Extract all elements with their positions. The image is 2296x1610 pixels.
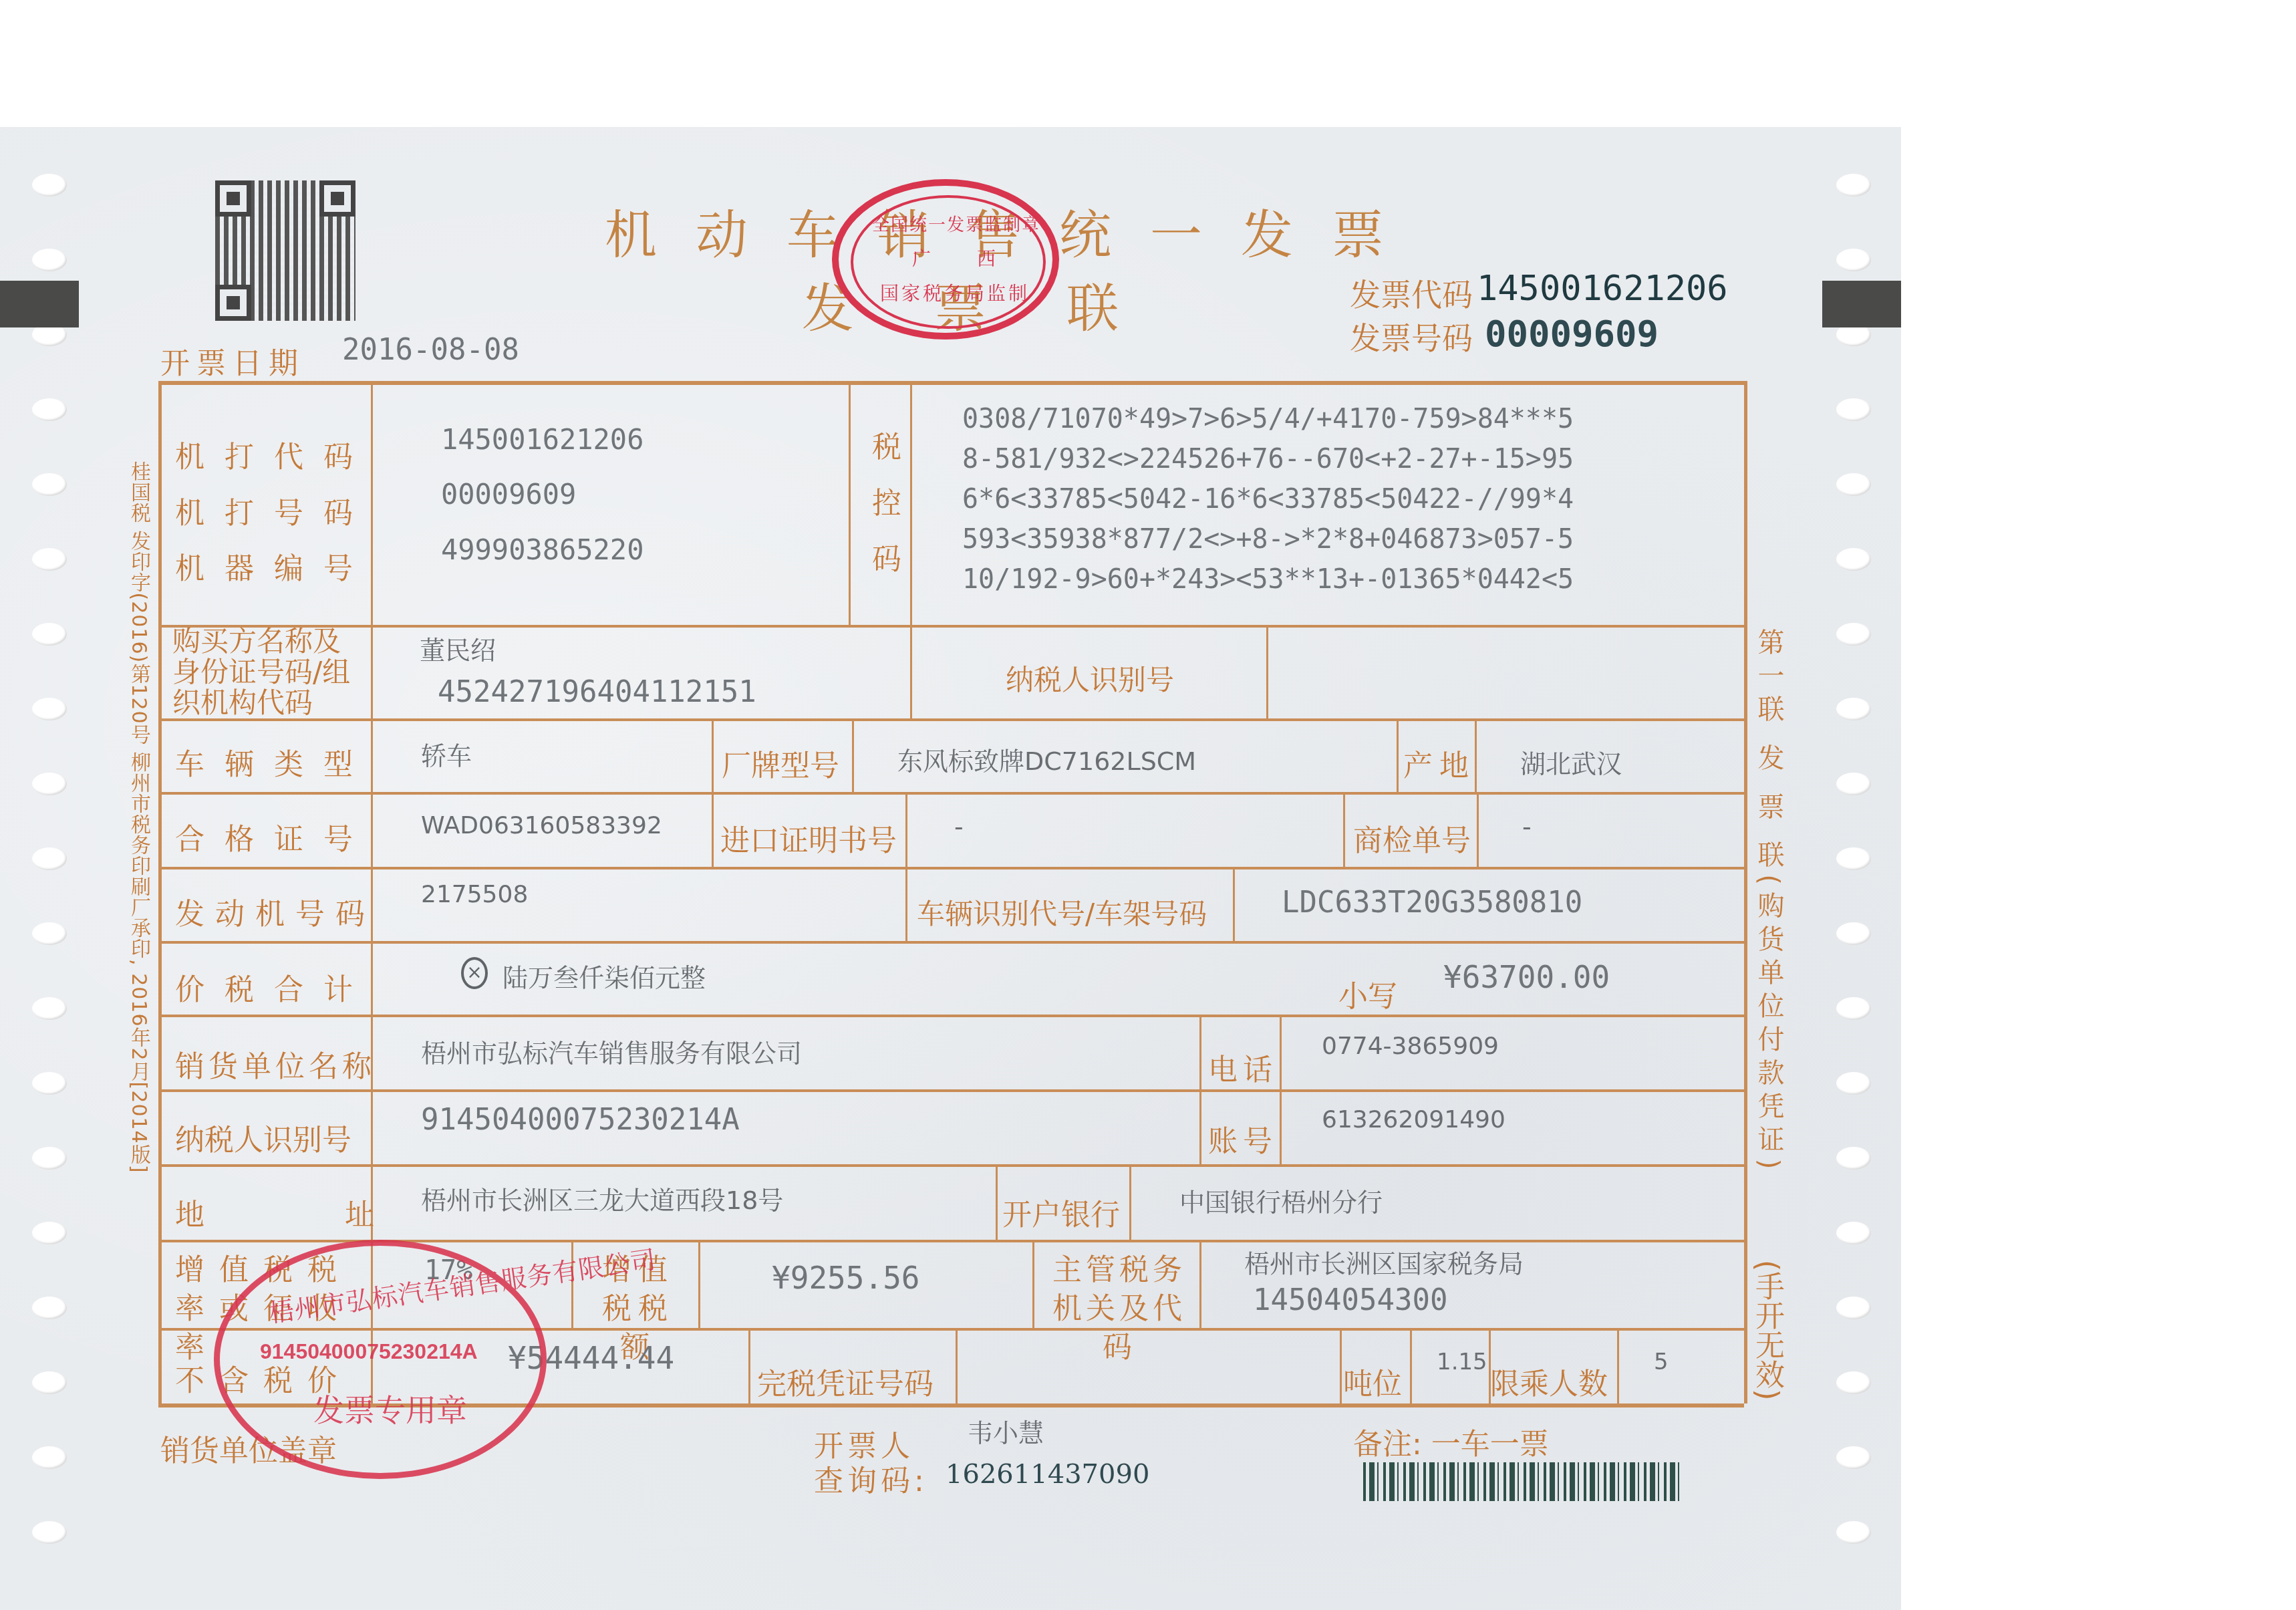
grid-line	[1744, 381, 1747, 1403]
inspection-number: -	[1522, 812, 1532, 841]
tractor-hole	[32, 1147, 67, 1170]
tractor-hole	[32, 997, 67, 1020]
tractor-hole	[32, 922, 67, 945]
grid-line	[910, 625, 912, 718]
tractor-hole	[32, 1446, 67, 1469]
seller-taxpayer-id: 91450400075230214A	[421, 1103, 740, 1137]
machine-number: 00009609	[441, 478, 576, 511]
import-cert-label: 进口证明书号	[720, 817, 897, 859]
grid-line	[905, 867, 907, 941]
grid-line	[852, 718, 854, 792]
tractor-hole	[32, 174, 67, 196]
grid-line	[849, 381, 851, 625]
certificate-number: WAD063160583392	[421, 812, 662, 839]
grid-line	[1129, 1164, 1131, 1240]
total-uppercase: 陆万叁仟柒佰元整	[503, 957, 706, 994]
tractor-tab-left	[0, 281, 79, 327]
issue-date-label: 开票日期	[160, 340, 305, 382]
circled-x-icon: ×	[461, 957, 488, 989]
engine-number: 2175508	[421, 881, 528, 908]
grid-line	[996, 1164, 998, 1240]
certificate-label: 合格证号	[175, 815, 373, 858]
seller-phone: 0774-3865909	[1322, 1033, 1499, 1060]
brand-model: 东风标致牌DC7162LSCM	[897, 741, 1196, 777]
tractor-tab-right	[1822, 281, 1901, 327]
invoice-number-label: 发票号码	[1350, 314, 1473, 358]
grid-line	[158, 1015, 1744, 1017]
seller-bank: 中国银行梧州分行	[1179, 1182, 1383, 1218]
tractor-hole	[32, 1371, 67, 1394]
tractor-hole	[1836, 548, 1871, 571]
machine-code: 145001621206	[441, 423, 643, 456]
barcode	[1363, 1462, 1684, 1501]
grid-line	[1343, 792, 1345, 867]
tractor-hole	[1836, 174, 1871, 196]
seller-taxpayer-id-label: 纳税人识别号	[175, 1116, 351, 1159]
tractor-hole	[1836, 1521, 1871, 1544]
seller-bank-label: 开户银行	[1002, 1191, 1120, 1234]
printer-info: 桂国税 发印字(2016)第120号 柳州市税务印刷厂承印, 2016年2月[2…	[124, 461, 153, 1173]
seat-limit-label: 限乘人数	[1490, 1360, 1608, 1403]
tractor-hole	[32, 473, 67, 496]
company-invoice-seal: 梧州市弘标汽车销售服务有限公司 91450400075230214A 发票专用章	[214, 1240, 547, 1479]
drawer-name: 韦小慧	[968, 1412, 1044, 1449]
grid-line	[158, 1089, 1744, 1092]
qr-code	[215, 180, 355, 321]
tractor-hole	[1836, 249, 1871, 271]
grid-line	[158, 625, 1744, 628]
seller-account-label: 账号	[1208, 1117, 1278, 1160]
tractor-hole	[32, 398, 67, 421]
tractor-hole	[1836, 773, 1871, 795]
query-code: 162611437090	[946, 1459, 1149, 1490]
grid-line	[1280, 1015, 1282, 1164]
grid-line	[712, 792, 714, 867]
tractor-hole	[32, 698, 67, 720]
grid-line	[956, 1328, 958, 1403]
tractor-hole	[32, 847, 67, 870]
buyer-name: 董民绍	[420, 630, 496, 666]
tractor-hole	[1836, 997, 1871, 1020]
tractor-hole	[32, 1521, 67, 1544]
total-label: 价税合计	[175, 966, 373, 1009]
vehicle-type-label: 车辆类型	[175, 741, 373, 783]
tractor-hole	[32, 249, 67, 271]
vin-label: 车辆识别代号/车架号码	[917, 892, 1207, 932]
tractor-hole	[1836, 922, 1871, 945]
machine-number-label: 机打号码	[175, 489, 373, 532]
tax-bureau-stamp: 全国统一发票监制章 广 西 国家税务局监制	[832, 179, 1059, 340]
grid-line	[1199, 1015, 1201, 1164]
grid-line	[1233, 867, 1235, 941]
vehicle-type: 轿车	[421, 735, 472, 772]
inspection-label: 商检单号	[1353, 817, 1471, 859]
seller-name-label: 销货单位名称	[175, 1043, 376, 1085]
tractor-hole	[1836, 1297, 1871, 1319]
remark: 备注: 一车一票	[1353, 1420, 1549, 1463]
tractor-hole	[32, 1297, 67, 1319]
grid-line	[910, 381, 912, 625]
grid-line	[158, 792, 1744, 795]
tractor-hole	[1836, 1072, 1871, 1095]
tonnage: 1.15	[1437, 1349, 1487, 1375]
grid-line	[1032, 1240, 1034, 1328]
grid-line	[158, 867, 1744, 869]
total-lowercase: ¥63700.00	[1443, 959, 1610, 995]
grid-line	[712, 718, 714, 792]
brand-model-label: 厂牌型号	[722, 742, 839, 785]
tractor-hole	[32, 773, 67, 795]
tractor-hole	[1836, 1222, 1871, 1244]
tractor-hole	[1836, 473, 1871, 496]
invoice-number: 00009609	[1485, 313, 1659, 355]
seller-address: 梧州市长洲区三龙大道西段18号	[421, 1180, 783, 1216]
tractor-hole	[1836, 1147, 1871, 1170]
issue-date: 2016-08-08	[342, 333, 519, 367]
tax-authority-code: 14504054300	[1253, 1283, 1447, 1317]
origin-label: 产地	[1403, 742, 1475, 785]
grid-line	[1397, 718, 1399, 792]
seller-name: 梧州市弘标汽车销售服务有限公司	[421, 1033, 802, 1069]
buyer-id-number: 452427196404112151	[438, 675, 756, 709]
tractor-hole	[1836, 1446, 1871, 1469]
tractor-hole	[32, 1222, 67, 1244]
buyer-label: 购买方名称及身份证号码/组织机构代码	[172, 626, 366, 718]
tax-authority-label: 主管税务机关及代码	[1039, 1251, 1199, 1367]
grid-line	[158, 941, 1744, 944]
handwritten-invalid-note: (手开无效)	[1745, 1260, 1788, 1400]
grid-line	[905, 792, 907, 867]
grid-line	[748, 1328, 750, 1403]
tax-voucher-label: 完税凭证号码	[757, 1360, 934, 1403]
tax-control-label: 税控码	[862, 431, 905, 599]
grid-line	[158, 381, 1744, 385]
vat-amount: ¥9255.56	[772, 1260, 920, 1296]
grid-line	[158, 1164, 1744, 1167]
tractor-hole	[1836, 1371, 1871, 1394]
copy-designation: 第一联 发 票 联(购货单位付款凭证)	[1754, 628, 1783, 1176]
grid-line	[1617, 1328, 1619, 1403]
tractor-hole	[32, 1072, 67, 1095]
grid-line	[1199, 1240, 1201, 1328]
grid-line	[1266, 625, 1268, 718]
invoice-code-label: 发票代码	[1350, 271, 1473, 315]
grid-line	[158, 718, 1744, 721]
grid-line	[1410, 1328, 1412, 1403]
grid-line	[1477, 792, 1479, 867]
seat-limit: 5	[1654, 1349, 1669, 1375]
machine-code-label: 机打代码	[175, 433, 373, 476]
tractor-hole	[32, 623, 67, 646]
device-number-label: 机器编号	[175, 545, 373, 587]
origin: 湖北武汉	[1520, 743, 1622, 780]
tractor-hole	[1836, 398, 1871, 421]
vin: LDC633T20G3580810	[1282, 886, 1582, 920]
tonnage-label: 吨位	[1343, 1360, 1402, 1403]
seller-phone-label: 电话	[1208, 1046, 1278, 1089]
import-cert: -	[954, 812, 964, 841]
query-code-label: 查询码:	[814, 1457, 928, 1500]
tractor-hole	[1836, 847, 1871, 870]
tractor-hole	[32, 548, 67, 571]
engine-number-label: 发动机号码	[175, 890, 376, 933]
tractor-hole	[1836, 698, 1871, 720]
grid-line	[1340, 1328, 1342, 1403]
grid-line	[158, 381, 162, 1403]
device-number: 499903865220	[441, 533, 643, 566]
tax-authority: 梧州市长洲区国家税务局	[1244, 1243, 1524, 1280]
grid-line	[698, 1240, 700, 1328]
total-lowercase-label: 小写	[1338, 972, 1397, 1015]
tractor-hole	[1836, 623, 1871, 646]
invoice-code: 145001621206	[1477, 269, 1728, 309]
buyer-taxpayer-id-label: 纳税人识别号	[1006, 658, 1174, 698]
tax-control-code: 0308/71070*49>7>6>5/4/+4170-759>84***5 8…	[962, 399, 1574, 599]
seller-account: 613262091490	[1322, 1106, 1505, 1133]
